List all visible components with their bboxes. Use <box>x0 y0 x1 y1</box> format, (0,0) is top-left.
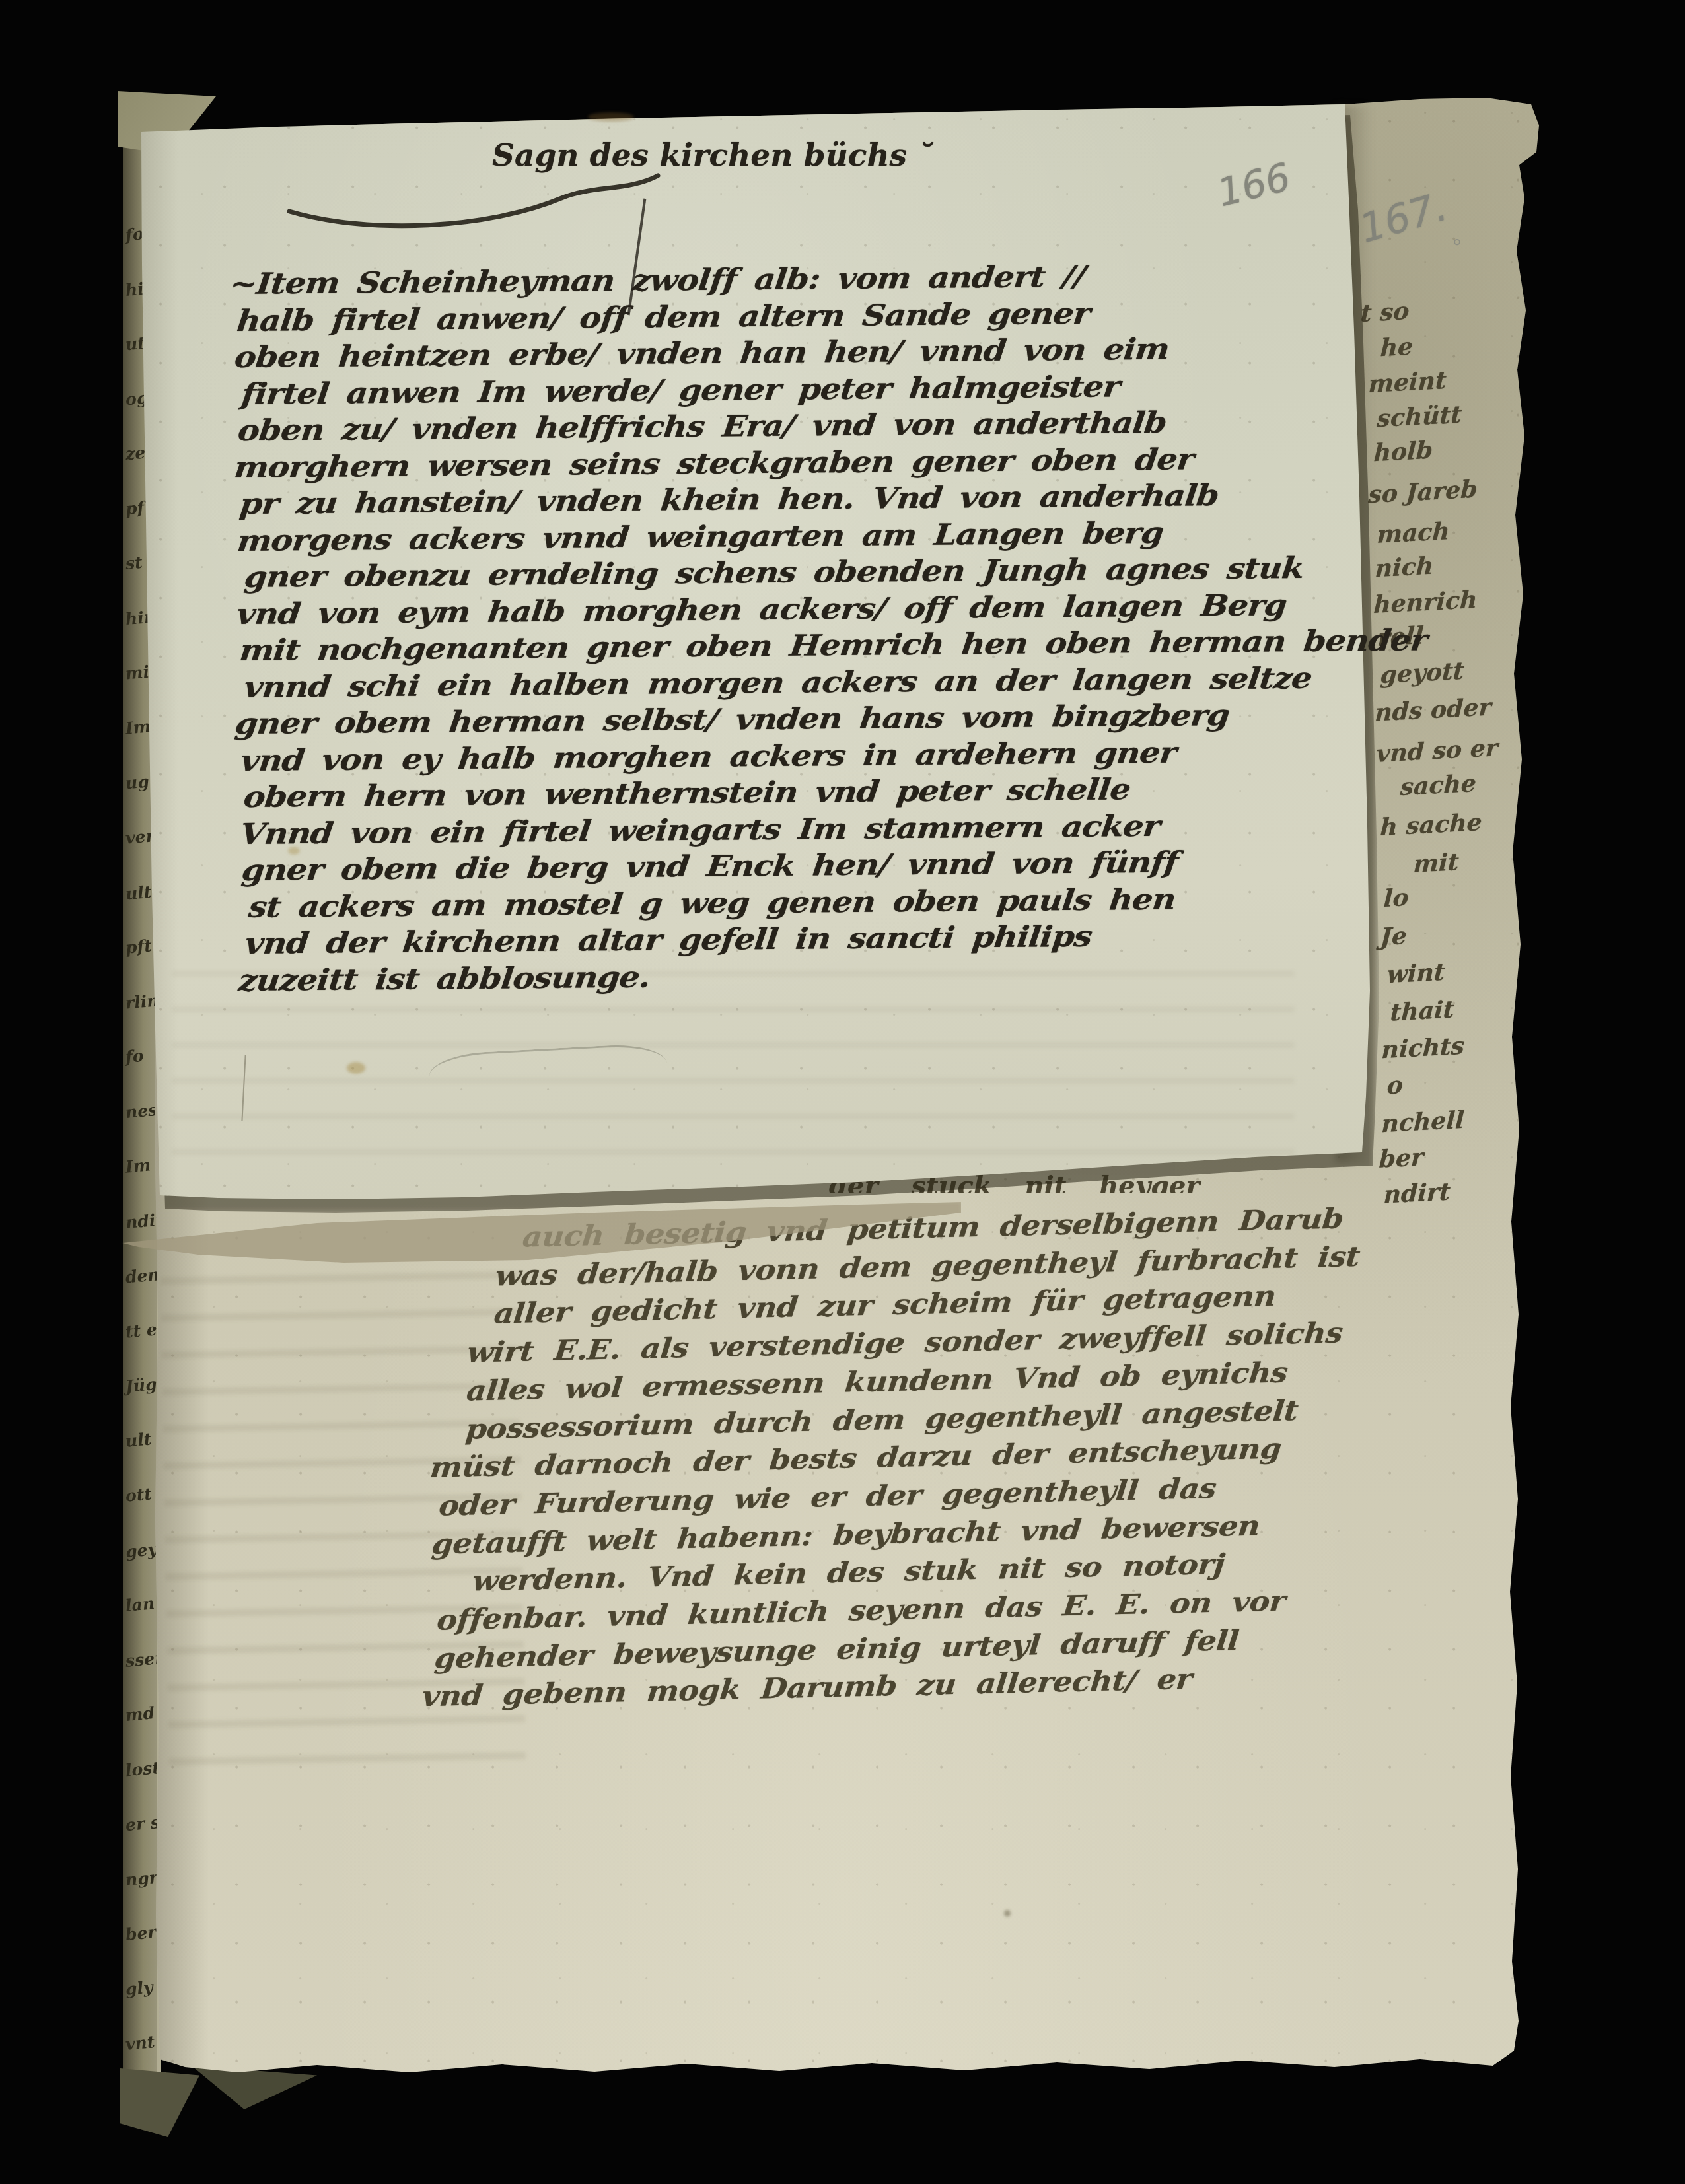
cropped-line-fragment: md <box>125 1703 155 1725</box>
cropped-line-fragment: ber <box>125 1922 157 1944</box>
binding-shadow-shape <box>120 2068 199 2137</box>
cropped-line-fragment: ult <box>125 1429 153 1450</box>
cropped-line-ending: lo <box>1383 884 1410 913</box>
cropped-line-ending: mit <box>1413 848 1460 878</box>
cropped-line-ending: h sache <box>1380 808 1483 841</box>
cropped-line-ending: mach <box>1377 517 1451 549</box>
cropped-line-fragment: fo <box>125 1046 145 1067</box>
cropped-line-ending: nich <box>1375 552 1435 583</box>
ink-bleedthrough-slip <box>172 971 1295 1182</box>
cropped-line-fragment: Jüg <box>125 1374 158 1396</box>
pencil-ring-mark: ° <box>1453 235 1461 258</box>
cropped-line-ending: he <box>1380 333 1414 363</box>
cropped-line-fragment: lan <box>125 1594 155 1615</box>
cropped-line-ending: holb <box>1373 437 1434 468</box>
cropped-line-fragment: Im <box>125 717 152 738</box>
cropped-line-fragment: ut <box>125 334 146 354</box>
cropped-line-fragment: vnt <box>125 2032 156 2054</box>
paper-stain <box>588 112 634 122</box>
binding-shadow-shape <box>192 2066 317 2109</box>
cropped-line-fragment: pft <box>125 936 153 957</box>
cropped-line-fragment: geyss <box>125 1538 161 1562</box>
cropped-line-ending: nichts <box>1381 1032 1466 1064</box>
cropped-line-ending: wint <box>1386 958 1446 989</box>
paper-stain <box>288 847 300 855</box>
cropped-line-ending: henrich <box>1373 586 1478 619</box>
paper-stain <box>1004 1910 1011 1917</box>
cropped-line-fragment: gly <box>125 1977 154 1999</box>
cropped-line-fragment: ug <box>125 772 150 793</box>
cropped-line-ending: ndirt <box>1383 1178 1451 1209</box>
cropped-line-fragment: mi <box>125 662 150 683</box>
cropped-line-fragment: ott <box>125 1484 153 1505</box>
cropped-line-fragment: lost <box>125 1758 161 1780</box>
cropped-line-ending: schütt <box>1377 401 1463 433</box>
cropped-line-fragment: tt er <box>125 1319 161 1341</box>
cropped-line-fragment: ndim <box>125 1209 161 1232</box>
cropped-line-fragment: nes <box>125 1100 159 1122</box>
cropped-line-ending: geyott <box>1380 657 1465 689</box>
cropped-line-fragment: Im <box>125 1155 152 1176</box>
cropped-line-ending: sache <box>1400 769 1477 801</box>
cropped-line-ending: ber <box>1379 1143 1425 1173</box>
cropped-line-fragment: ver <box>125 826 155 848</box>
cropped-line-fragment: ssen <box>125 1648 161 1670</box>
paper-stain <box>347 1062 365 1074</box>
cropped-line-ending: so Jareb <box>1368 476 1478 509</box>
cropped-line-ending: nchell <box>1381 1106 1465 1138</box>
header-flourish <box>284 170 667 230</box>
cropped-line-fragment: ngr <box>125 1868 159 1889</box>
cropped-line-fragment: dem <box>125 1264 161 1286</box>
cropped-line-fragment: pf <box>125 498 145 518</box>
cropped-line-ending: o <box>1386 1071 1404 1100</box>
cropped-line-fragment: er s <box>125 1813 161 1835</box>
page-title: Sagn des kirchen büchs ˘ <box>492 137 933 174</box>
cropped-line-ending: Je <box>1380 922 1408 951</box>
cropped-line-ending: thait <box>1390 996 1455 1027</box>
cropped-line-fragment: ze <box>125 443 147 464</box>
manuscript-line: halb firtel anwen/ off dem altern Sande … <box>235 297 1092 337</box>
cropped-line-fragment: st <box>125 553 143 573</box>
manuscript-scan: forhigutogzepfsthinmiImugverultenpftrlim… <box>0 0 1685 2184</box>
